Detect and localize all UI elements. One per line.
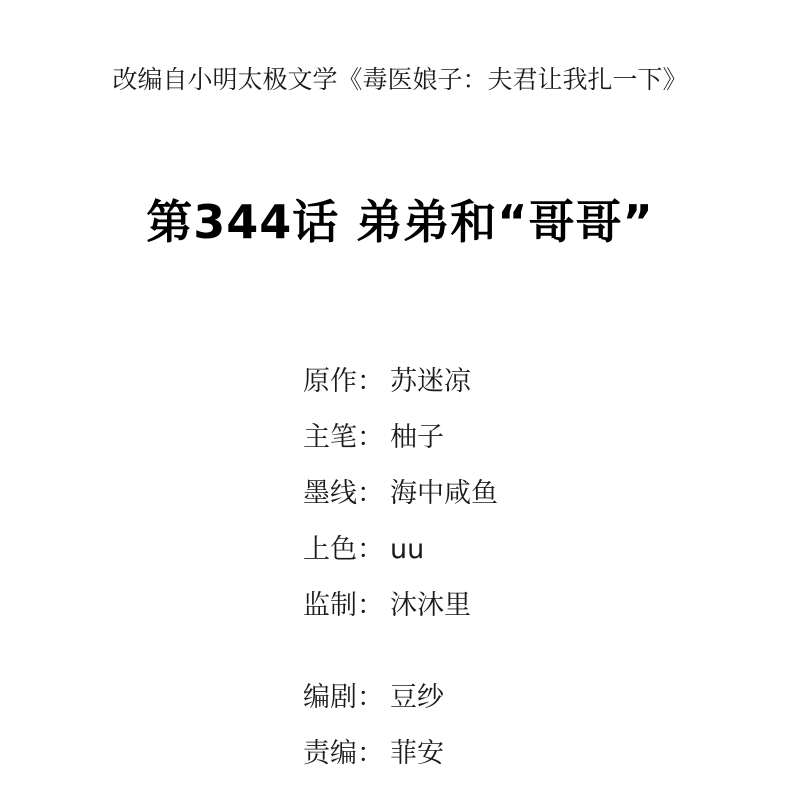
credit-separator: ： [357, 734, 384, 774]
credit-role: 墨线 [303, 474, 357, 514]
credit-role: 主笔 [303, 418, 357, 458]
credit-role: 监制 [303, 586, 357, 626]
credit-row-screenwriter: 编剧：豆纱 [303, 678, 498, 734]
credit-row-line-art: 墨线：海中咸鱼 [303, 474, 498, 530]
credit-name: 苏迷凉 [390, 362, 471, 402]
credit-role: 编剧 [303, 678, 357, 718]
credit-name: 海中咸鱼 [390, 474, 498, 514]
credit-separator: ： [357, 586, 384, 626]
credit-name: 柚子 [390, 418, 444, 458]
credit-row-original-author: 原作：苏迷凉 [303, 362, 498, 418]
credit-separator: ： [357, 678, 384, 718]
credit-separator: ： [357, 530, 384, 570]
credit-role: 责编 [303, 734, 357, 774]
credit-separator: ： [357, 362, 384, 402]
credit-role: 原作 [303, 362, 357, 402]
source-credit-line: 改编自小明太极文学《毒医娘子：夫君让我扎一下》 [0, 60, 800, 96]
credit-separator: ： [357, 418, 384, 458]
credit-separator: ： [357, 474, 384, 514]
chapter-title: 第344话 弟弟和“哥哥” [0, 186, 800, 252]
credit-role: 上色 [303, 530, 357, 570]
credit-row-coloring: 上色：uu [303, 530, 498, 586]
credits-list: 原作：苏迷凉 主笔：柚子 墨线：海中咸鱼 上色：uu 监制：沐沐里 编剧：豆纱 … [303, 362, 498, 790]
credit-row-supervisor: 监制：沐沐里 [303, 586, 498, 642]
credit-name: 菲安 [390, 734, 444, 774]
credit-name: 豆纱 [390, 678, 444, 718]
credit-name: 沐沐里 [390, 586, 471, 626]
credit-row-editor: 责编：菲安 [303, 734, 498, 790]
credit-row-lead-artist: 主笔：柚子 [303, 418, 498, 474]
credit-name: uu [390, 530, 424, 570]
